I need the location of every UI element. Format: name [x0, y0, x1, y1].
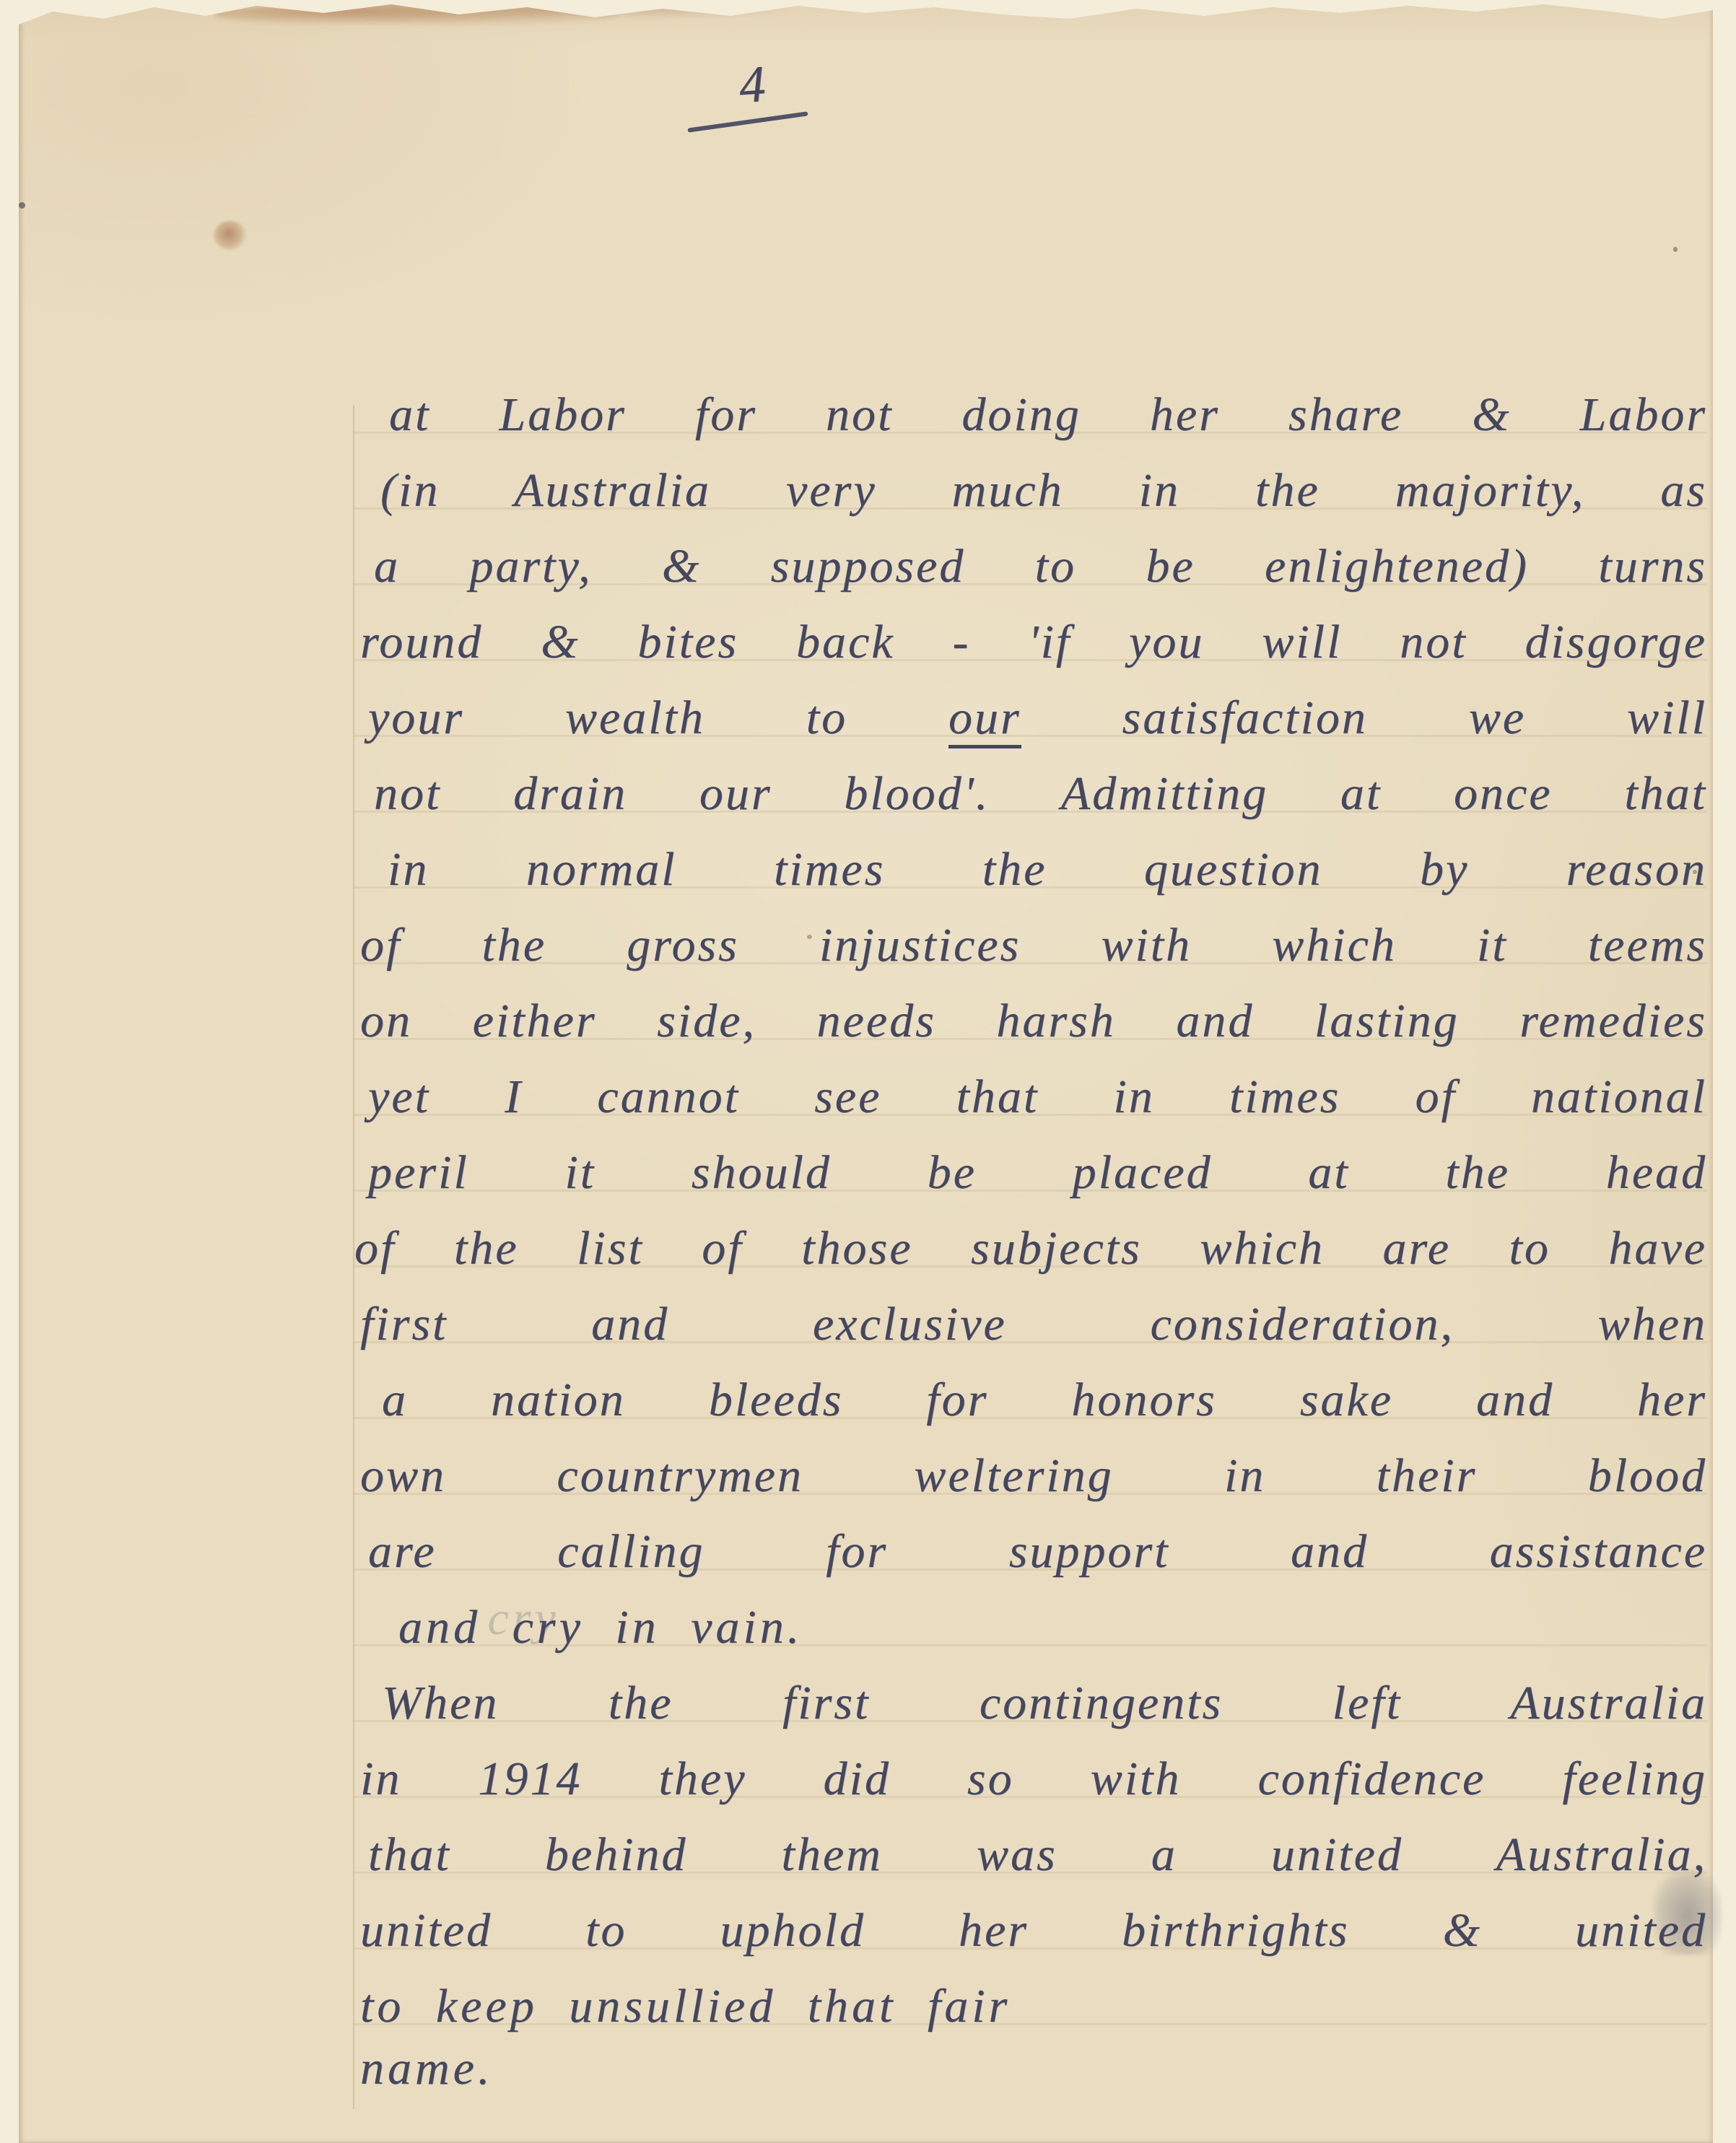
line-text: in vain.	[584, 1601, 803, 1654]
manuscript-line: in 1914 they did so with confidence feel…	[360, 1748, 1707, 1810]
manuscript-line: your wealth to our satisfaction we will	[368, 687, 1707, 749]
manuscript-line: on either side, needs harsh and lasting …	[360, 990, 1707, 1052]
manuscript-line: a nation bleeds for honors sake and her	[382, 1369, 1707, 1431]
manuscript-line: of the gross injustices with which it te…	[360, 915, 1707, 977]
scanned-document: { "page": { "number": "4" }, "colors": {…	[0, 0, 1736, 2143]
line-text: your wealth to	[368, 691, 948, 744]
rewritten-word: cry	[512, 1601, 584, 1654]
manuscript-line: yet I cannot see that in times of nation…	[368, 1066, 1707, 1128]
underlined-word: our	[948, 691, 1021, 748]
manuscript-line: are calling for support and assistance	[368, 1521, 1707, 1583]
manuscript-line: that behind them was a united Australia,	[368, 1824, 1707, 1886]
foxing-stain	[214, 1, 618, 27]
manuscript-line: peril it should be placed at the head	[368, 1142, 1707, 1204]
manuscript-line: first and exclusive consideration, when	[360, 1293, 1707, 1356]
manuscript-line: at Labor for not doing her share & Labor	[389, 384, 1707, 446]
manuscript-line: a party, & supposed to be enlightened) t…	[374, 536, 1707, 598]
manuscript-line: round & bites back - 'if you will not di…	[360, 611, 1707, 673]
foxing-stain	[495, 0, 798, 19]
manuscript-line: (in Australia very much in the majority,…	[380, 460, 1707, 522]
manuscript-line: in normal times the question by reason	[388, 839, 1707, 901]
manuscript-line: of the list of those subjects which are …	[354, 1218, 1707, 1280]
line-text: and	[398, 1601, 512, 1654]
manuscript-line: own countrymen weltering in their blood	[360, 1445, 1707, 1507]
page-number: 4	[692, 51, 811, 119]
manuscript-line: to keep unsullied that fair name.	[360, 1976, 1155, 2100]
manuscript-line: and cry in vain.	[398, 1597, 1011, 1659]
manuscript-line: When the first contingents left Australi…	[382, 1672, 1707, 1734]
manuscript-line: united to uphold her birthrights & unite…	[360, 1900, 1707, 1962]
line-text: satisfaction we will	[1021, 691, 1707, 744]
manuscript-line: not drain our blood'. Admitting at once …	[374, 763, 1707, 825]
